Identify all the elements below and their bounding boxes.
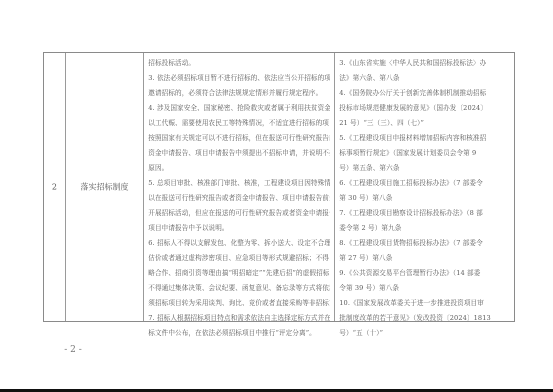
basis-line: 号）“五（十）” xyxy=(339,326,510,341)
basis-line: 6.《工程建设项目施工招标投标办法》（7 部委令 xyxy=(339,176,510,191)
basis-line: 标事项暂行规定》（国家发展计划委员会令第 9 xyxy=(339,146,510,161)
basis-line: 第 30 号）第八条 xyxy=(339,191,510,206)
basis-line: 第 27 号）第八条 xyxy=(339,251,510,266)
content-line: 原因。 xyxy=(148,161,330,176)
basis-line: 7.《工程建设项目勘察设计招标投标办法》（8 部 xyxy=(339,206,510,221)
row-number-cell: 2 xyxy=(44,53,66,321)
content-line: 招标投标活动。 xyxy=(148,56,330,71)
item-name-cell: 落实招标制度 xyxy=(66,53,144,321)
content-line: 标文件中公布，在依法必须招标项目中推行“评定分离”。 xyxy=(148,326,330,341)
basis-line: 3.《山东省实施〈中华人民共和国招标投标法〉办 xyxy=(339,56,510,71)
content-line: 不得通过集体决策、会议纪要、函复意见、备忘录等方式将依法必 xyxy=(148,281,330,296)
content-line: 4. 涉及国家安全、国家秘密、抢险救灾或者属于利用扶贫资金实行 xyxy=(148,101,330,116)
item-name: 落实招标制度 xyxy=(66,182,143,193)
content-line: 5. 总项目审批、核准部门审批、核准，工程建设项目因特殊情况可 xyxy=(148,176,330,191)
basis-line: 法》第六条、第八条 xyxy=(339,71,510,86)
basis-line: 10.《国家发展改革委关于进一步推进投资项目审 xyxy=(339,296,510,311)
basis-line: 批制度改革的若干意见》（发改投资〔2024〕1813 xyxy=(339,311,510,326)
content-line: 项目申请报告中予以说明。 xyxy=(148,221,330,236)
basis-line: 5.《工程建设项目申报材料增加招标内容和核准招 xyxy=(339,131,510,146)
basis-line: 令第 39 号）第八条 xyxy=(339,281,510,296)
content-line: 估价或者通过虚构涉密项目、应急项目等形式规避招标；不得以战 xyxy=(148,251,330,266)
legal-basis-cell: 3.《山东省实施〈中华人民共和国招标投标法〉办 法》第六条、第八条 4.《国务院… xyxy=(335,53,514,321)
content-line: 以工代赈、需要使用农民工等特殊情况，不适宜进行招标的项目， xyxy=(148,116,330,131)
page-number: - 2 - xyxy=(43,345,103,355)
basis-line: 委令第 2 号）第九条 xyxy=(339,221,510,236)
basis-line: 8.《工程建设项目货物招标投标办法》（7 部委令 xyxy=(339,236,510,251)
content-line: 开展招标活动，但应在报送的可行性研究报告或者资金申请报告、 xyxy=(148,206,330,221)
content-cell: 招标投标活动。 3. 依法必须招标项目暂不进行招标的、依法应当公开招标的项目拟 … xyxy=(144,53,335,321)
basis-line: 投标市场规范健康发展的意见》（国办发〔2024〕 xyxy=(339,101,510,116)
content-line: 7. 招标人根据招标项目特点和需求依法自主选择定标方式并在招 xyxy=(148,311,330,326)
content-line: 邀请招标的，必须符合法律法规规定情形并履行规定程序。 xyxy=(148,86,330,101)
content-line: 按照国家有关规定可以不进行招标，但在报送可行性研究报告或者 xyxy=(148,131,330,146)
basis-line: 号）第五条、第六条 xyxy=(339,161,510,176)
content-line: 以在报送可行性研究报告或者资金申请报告、项目申请报告前先行 xyxy=(148,191,330,206)
basis-line: 4.《国务院办公厅关于创新完善体制机制推动招标 xyxy=(339,86,510,101)
content-line: 略合作、招商引资等理由搞“明招暗定”“先建后招”的虚假招标； xyxy=(148,266,330,281)
basis-line: 9.《公共资源交易平台管理暂行办法》（14 部委 xyxy=(339,266,510,281)
content-line: 3. 依法必须招标项目暂不进行招标的、依法应当公开招标的项目拟 xyxy=(148,71,330,86)
regulation-table: 2 落实招标制度 招标投标活动。 3. 依法必须招标项目暂不进行招标的、依法应当… xyxy=(43,52,515,322)
row-number: 2 xyxy=(44,183,65,192)
content-line: 6. 招标人不得以支解发包、化整为零、拆小送大、设定不合理的暂 xyxy=(148,236,330,251)
basis-line: 21 号）“三（三）、四（七）” xyxy=(339,116,510,131)
content-line: 须招标项目转为采用谈判、询比、竞价或者直接采购等非招标方式。 xyxy=(148,296,330,311)
document-page: 2 落实招标制度 招标投标活动。 3. 依法必须招标项目暂不进行招标的、依法应当… xyxy=(0,0,553,392)
content-line: 资金申请报告、项目申请报告中须提出不招标申请，并说明不招标 xyxy=(148,146,330,161)
